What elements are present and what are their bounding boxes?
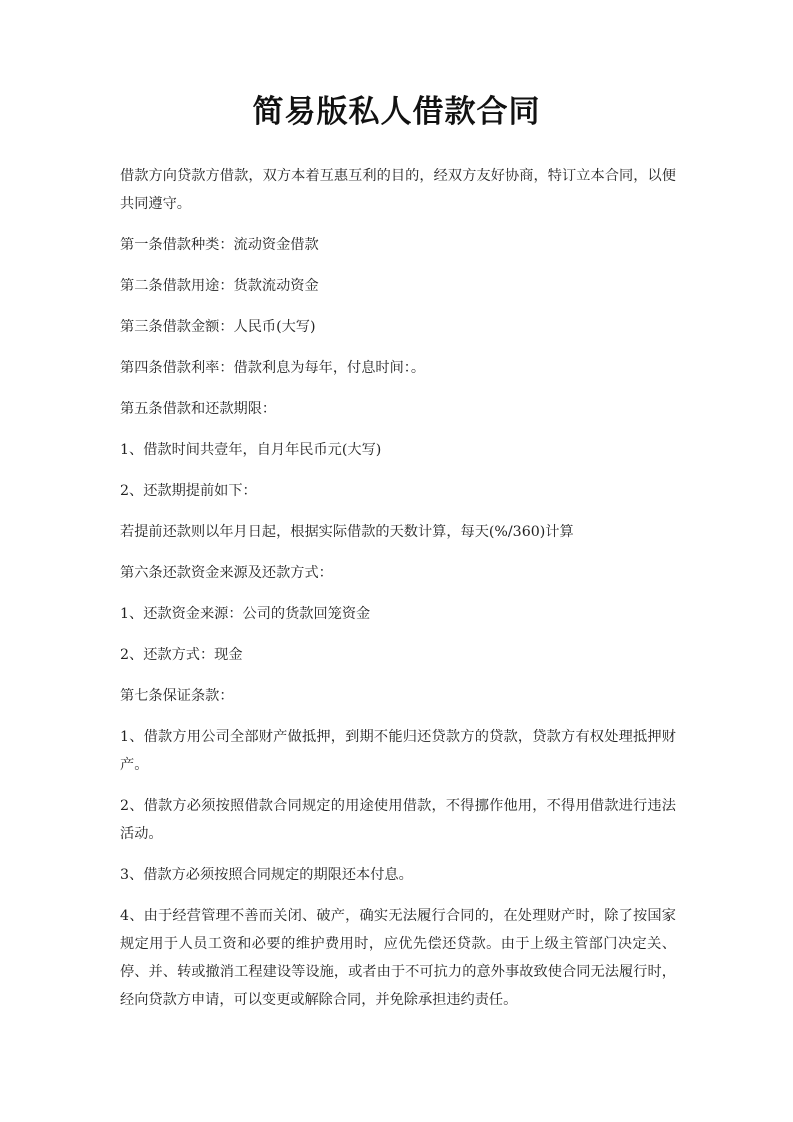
article-4-interest-rate: 第四条借款利率：借款利息为每年，付息时间：。 <box>120 354 676 382</box>
article-5-heading: 第五条借款和还款期限： <box>120 395 676 423</box>
document-title: 简易版私人借款合同 <box>0 92 793 132</box>
article-6-heading: 第六条还款资金来源及还款方式： <box>120 559 676 587</box>
article-6-item-1: 1、还款资金来源：公司的货款回笼资金 <box>120 600 676 628</box>
article-2-loan-purpose: 第二条借款用途：货款流动资金 <box>120 272 676 300</box>
intro-paragraph: 借款方向贷款方借款，双方本着互惠互利的目的，经双方友好协商，特订立本合同，以便共… <box>120 162 676 218</box>
article-5-item-1: 1、借款时间共壹年，自月年民币元(大写) <box>120 436 676 464</box>
article-7-item-4: 4、由于经营管理不善而关闭、破产，确实无法履行合同的，在处理财产时，除了按国家规… <box>120 902 676 1014</box>
document-body: 借款方向贷款方借款，双方本着互惠互利的目的，经双方友好协商，特订立本合同，以便共… <box>120 162 676 1027</box>
article-7-item-1: 1、借款方用公司全部财产做抵押，到期不能归还贷款方的贷款，贷款方有权处理抵押财产… <box>120 723 676 779</box>
article-7-heading: 第七条保证条款： <box>120 682 676 710</box>
article-7-item-3: 3、借款方必须按照合同规定的期限还本付息。 <box>120 861 676 889</box>
article-5-early-repayment: 若提前还款则以年月日起，根据实际借款的天数计算，每天(%/360)计算 <box>120 518 676 546</box>
article-5-item-2: 2、还款期提前如下： <box>120 477 676 505</box>
document-page: 简易版私人借款合同 借款方向贷款方借款，双方本着互惠互利的目的，经双方友好协商，… <box>0 0 793 1122</box>
article-6-item-2: 2、还款方式：现金 <box>120 641 676 669</box>
article-1-loan-type: 第一条借款种类：流动资金借款 <box>120 231 676 259</box>
article-3-loan-amount: 第三条借款金额：人民币(大写) <box>120 313 676 341</box>
article-7-item-2: 2、借款方必须按照借款合同规定的用途使用借款，不得挪作他用，不得用借款进行违法活… <box>120 792 676 848</box>
